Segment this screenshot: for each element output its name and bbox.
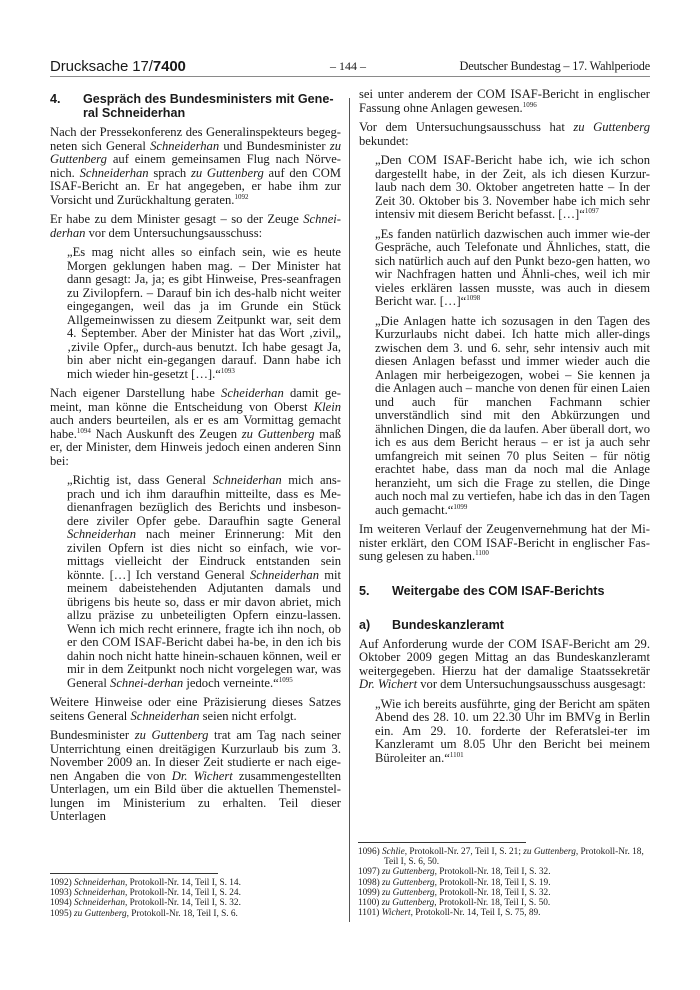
footnote-rule — [50, 873, 218, 874]
footnote-ref: 1095 — [279, 676, 293, 684]
footnotes-right: 1096) Schlie, Protokoll-Nr. 27, Teil I, … — [358, 847, 658, 918]
document-number-prefix: Drucksache 17/ — [50, 58, 153, 75]
page-header: Drucksache 17/7400 – 144 – Deutscher Bun… — [50, 58, 650, 77]
footnote: 1098) zu Guttenberg, Protokoll-Nr. 18, T… — [358, 878, 658, 888]
footnote: 1092) Schneiderhan, Protokoll-Nr. 14, Te… — [50, 878, 341, 888]
column-divider — [349, 98, 350, 922]
section-heading-5a: a) Bundeskanzleramt — [359, 618, 650, 632]
document-number-value: 7400 — [153, 58, 186, 75]
paragraph: Bundesminister zu Guttenberg trat am Tag… — [50, 729, 341, 824]
section-title: Bundeskanzleramt — [392, 618, 650, 632]
section-number: 5. — [359, 584, 392, 598]
spacer — [359, 604, 650, 618]
paragraph: Auf Anforderung wurde der COM ISAF-Beric… — [359, 638, 650, 692]
section-number: a) — [359, 618, 392, 632]
paragraph: Nach eigener Darstellung habe Scheiderha… — [50, 387, 341, 468]
paragraph: sei unter anderem der COM ISAF-Bericht i… — [359, 88, 650, 115]
footnote-ref: 1092 — [234, 193, 248, 201]
page-number: – 144 – — [330, 59, 366, 74]
footnote: 1099) zu Guttenberg, Protokoll-Nr. 18, T… — [358, 888, 658, 898]
footnote-ref: 1099 — [453, 503, 467, 511]
footnote-rule — [358, 842, 526, 843]
document-number: Drucksache 17/7400 — [50, 58, 186, 75]
footnote: 1101) Wichert, Protokoll-Nr. 14, Teil I,… — [358, 908, 658, 918]
block-quote: „Den COM ISAF-Bericht habe ich, wie ich … — [375, 154, 650, 222]
block-quote: „Die Anlagen hatte ich sozusagen in den … — [375, 315, 650, 518]
footnote: 1094) Schneiderhan, Protokoll-Nr. 14, Te… — [50, 898, 341, 908]
footnotes-left: 1092) Schneiderhan, Protokoll-Nr. 14, Te… — [50, 878, 341, 919]
footnote: 1096) Schlie, Protokoll-Nr. 27, Teil I, … — [358, 847, 658, 867]
section-title: Gespräch des Bundesministers mit Gene-ra… — [83, 92, 341, 120]
footnote-ref: 1101 — [450, 751, 464, 759]
section-title: Weitergabe des COM ISAF-Berichts — [392, 584, 650, 598]
paragraph: Vor dem Untersuchungsausschuss hat zu Gu… — [359, 121, 650, 148]
section-number: 4. — [50, 92, 83, 120]
block-quote: „Es fanden natürlich dazwischen auch imm… — [375, 228, 650, 309]
footnote: 1095) zu Guttenberg, Protokoll-Nr. 18, T… — [50, 909, 341, 919]
publisher: Deutscher Bundestag – 17. Wahlperiode — [460, 59, 650, 74]
section-heading-4: 4. Gespräch des Bundesministers mit Gene… — [50, 92, 341, 120]
footnote-ref: 1100 — [475, 549, 489, 557]
footnote-ref: 1096 — [523, 101, 537, 109]
paragraph: Im weiteren Verlauf der Zeugenvernehmung… — [359, 523, 650, 564]
right-column: sei unter anderem der COM ISAF-Bericht i… — [359, 88, 650, 771]
paragraph: Nach der Pressekonferenz des Generalinsp… — [50, 126, 341, 207]
footnote: 1097) zu Guttenberg, Protokoll-Nr. 18, T… — [358, 867, 658, 877]
section-heading-5: 5. Weitergabe des COM ISAF-Berichts — [359, 584, 650, 598]
block-quote: „Wie ich bereits ausführte, ging der Ber… — [375, 698, 650, 766]
footnote: 1100) zu Guttenberg, Protokoll-Nr. 18, T… — [358, 898, 658, 908]
left-column: 4. Gespräch des Bundesministers mit Gene… — [50, 92, 341, 830]
footnote-ref: 1097 — [585, 207, 599, 215]
footnote: 1093) Schneiderhan, Protokoll-Nr. 14, Te… — [50, 888, 341, 898]
paragraph: Weitere Hinweise oder eine Präzisierung … — [50, 696, 341, 723]
footnote-ref: 1093 — [221, 367, 235, 375]
footnote-ref: 1098 — [466, 294, 480, 302]
footnote-ref: 1094 — [77, 427, 91, 435]
spacer — [359, 570, 650, 584]
document-page: Drucksache 17/7400 – 144 – Deutscher Bun… — [0, 0, 700, 990]
block-quote: „Es mag nicht alles so einfach sein, wie… — [67, 246, 341, 381]
block-quote: „Richtig ist, dass General Schneiderhan … — [67, 474, 341, 690]
paragraph: Er habe zu dem Minister gesagt – so der … — [50, 213, 341, 240]
